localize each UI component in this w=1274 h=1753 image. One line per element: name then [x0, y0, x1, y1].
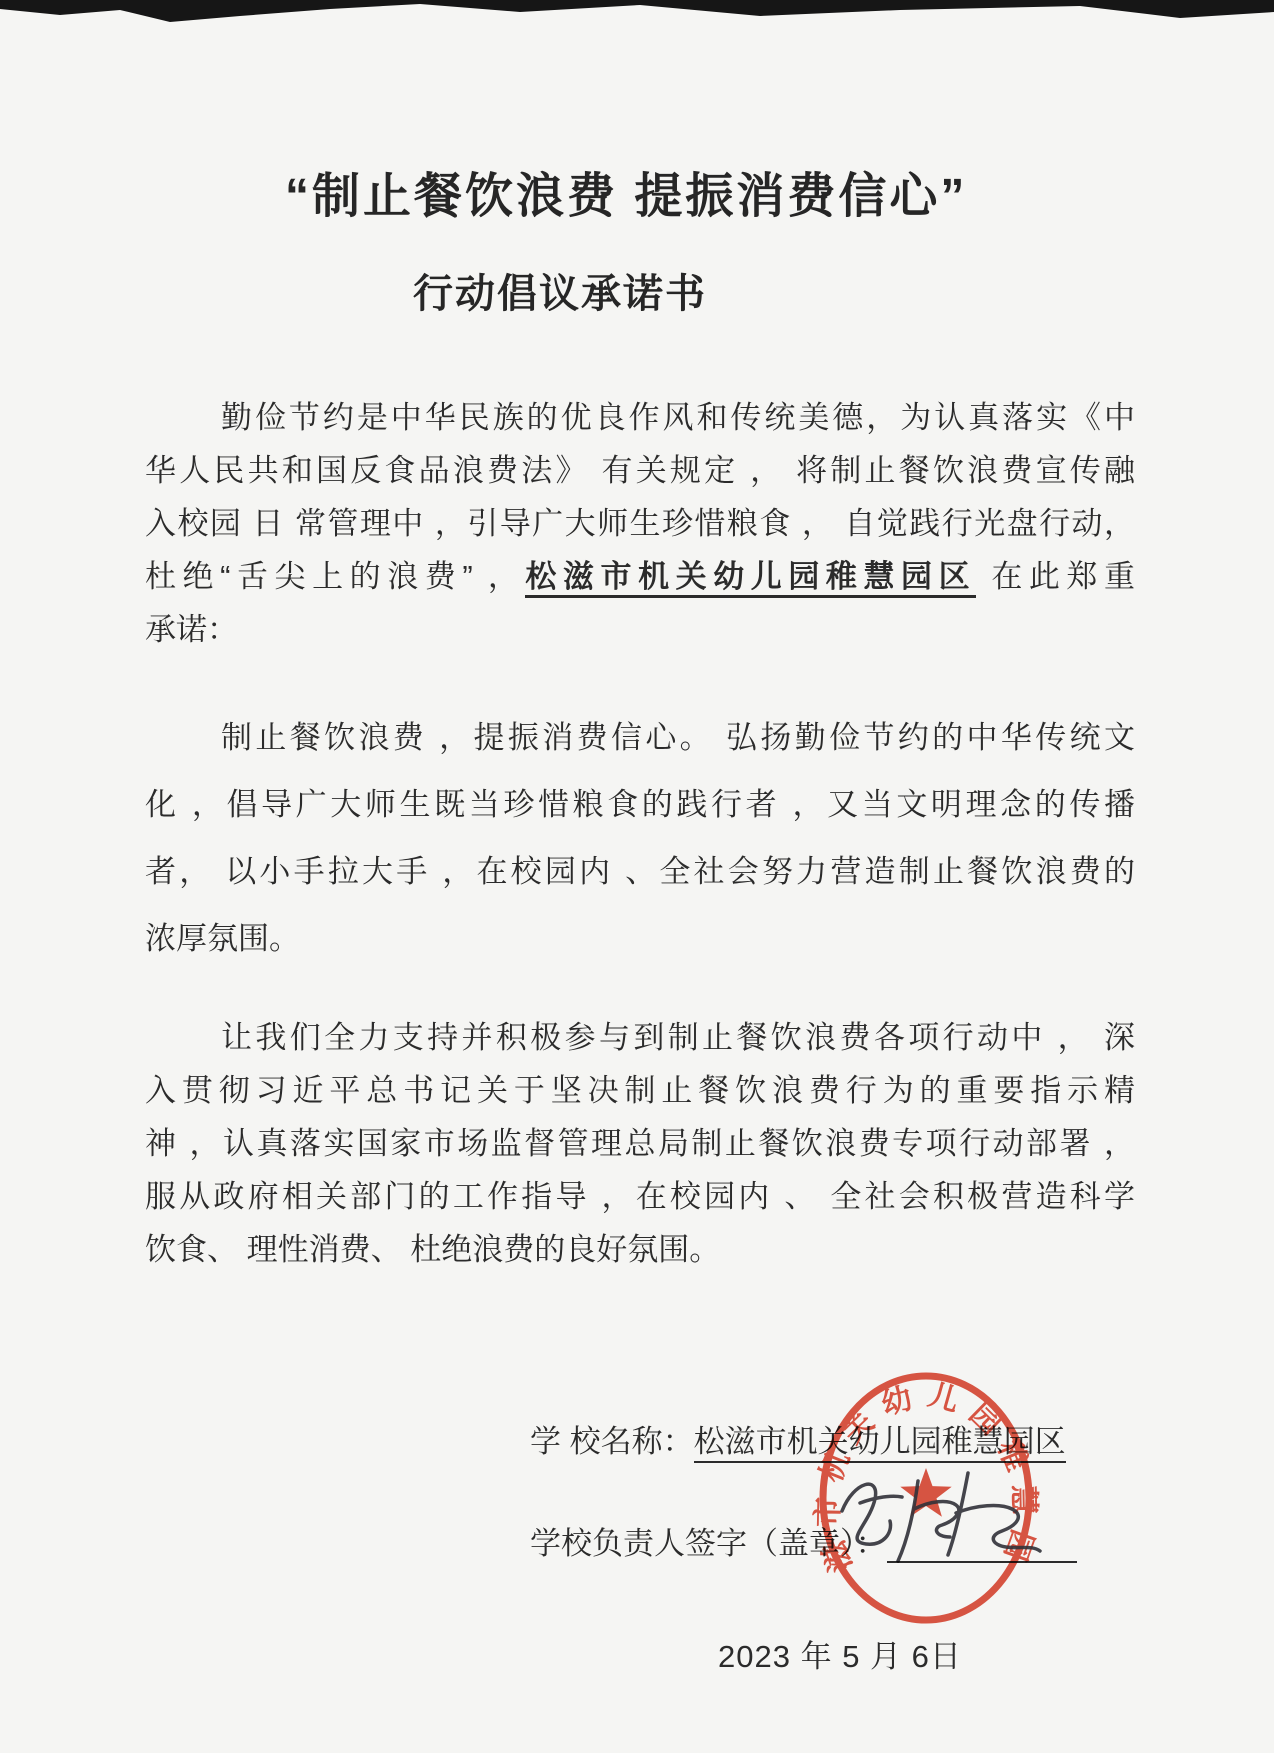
document-title: “制止餐饮浪费 提振消费信心”	[285, 157, 967, 226]
seal-arc-text: 松滋市机关幼儿园稚慧园区	[796, 1353, 1040, 1576]
school-name-inline: 松滋市机关幼儿园稚慧园区	[525, 559, 976, 598]
paragraph-1-line-5: 承诺：	[145, 603, 1135, 656]
paragraph-2-line-3: 者， 以小手拉大手 ，在校园内 、全社会努力营造制止餐饮浪费的	[145, 838, 1135, 905]
paragraph-1-line-3: 入校园 日 常管理中 ，引导广大师生珍惜粮食 ， 自觉践行光盘行动，	[145, 497, 1135, 550]
paragraph-3-line-3: 神 ，认真落实国家市场监督管理总局制止餐饮浪费专项行动部署 ，	[145, 1117, 1135, 1170]
paragraph-1-line-4: 杜绝“舌尖上的浪费” ，松滋市机关幼儿园稚慧园区 在此郑重	[145, 550, 1135, 603]
paragraph-2-line-4: 浓厚氛围。	[145, 905, 1135, 972]
line-4-post-text: 在此郑重	[976, 559, 1135, 594]
paragraph-1: 勤俭节约是中华民族的优良作风和传统美德，为认真落实《中 华人民共和国反食品浪费法…	[145, 391, 1135, 656]
seal-star-icon	[900, 1468, 951, 1517]
paragraph-3-line-1: 让我们全力支持并积极参与到制止餐饮浪费各项行动中 ， 深	[145, 1011, 1135, 1064]
paragraph-1-line-1: 勤俭节约是中华民族的优良作风和传统美德，为认真落实《中	[145, 391, 1135, 444]
paragraph-2-line-1: 制止餐饮浪费 ，提振消费信心。 弘扬勤俭节约的中华传统文	[145, 704, 1135, 771]
school-name-label: 学 校名称：	[530, 1424, 694, 1459]
line-4-pre-text: 杜绝“舌尖上的浪费” ，	[145, 559, 525, 594]
document-subtitle: 行动倡议承诺书	[413, 262, 707, 319]
paragraph-1-line-2: 华人民共和国反食品浪费法》 有关规定 ， 将制止餐饮浪费宣传融	[145, 444, 1135, 497]
paragraph-3-line-4: 服从政府相关部门的工作指导 ，在校园内 、 全社会积极营造科学	[145, 1170, 1135, 1223]
scan-edge-top	[0, 0, 1274, 26]
paragraph-3-line-5: 饮食、 理性消费、 杜绝浪费的良好氛围。	[145, 1223, 1135, 1276]
document-page: “制止餐饮浪费 提振消费信心” 行动倡议承诺书 勤俭节约是中华民族的优良作风和传…	[0, 0, 1274, 1753]
paragraph-3: 让我们全力支持并积极参与到制止餐饮浪费各项行动中 ， 深 入贯彻习近平总书记关于…	[145, 1011, 1135, 1276]
paragraph-2-line-2: 化 ，倡导广大师生既当珍惜粮食的践行者 ，又当文明理念的传播	[145, 771, 1135, 838]
official-seal-stamp: 松滋市机关幼儿园稚慧园区	[796, 1353, 1056, 1643]
paragraph-2: 制止餐饮浪费 ，提振消费信心。 弘扬勤俭节约的中华传统文 化 ，倡导广大师生既当…	[145, 704, 1135, 972]
paragraph-3-line-2: 入贯彻习近平总书记关于坚决制止餐饮浪费行为的重要指示精	[145, 1064, 1135, 1117]
